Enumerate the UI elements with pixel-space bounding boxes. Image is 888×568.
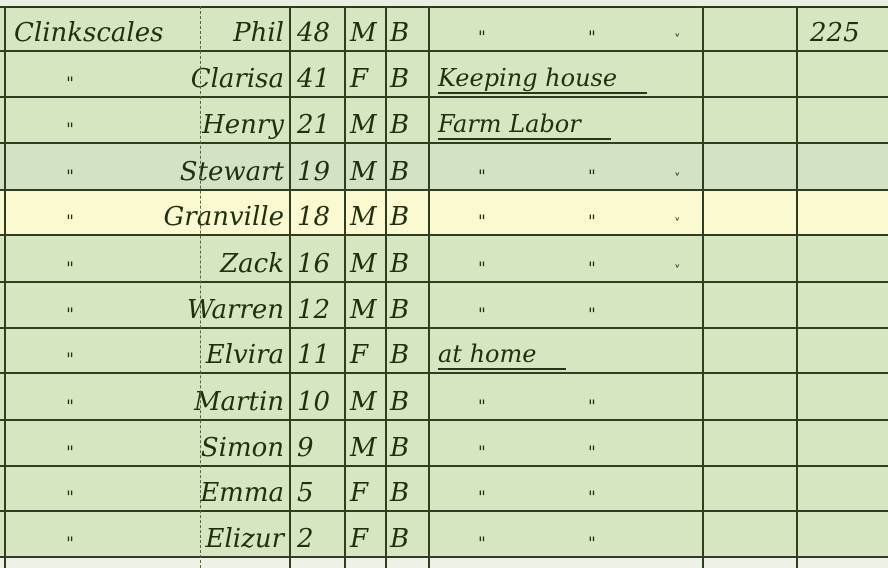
ditto-mark: " [438,488,588,508]
real-estate-value-cell [798,98,888,142]
check-mark-icon: ˅ [674,172,681,187]
ditto-mark: " [438,397,588,417]
ditto-mark: " [40,467,100,510]
age-cell: 16 [291,236,345,281]
sex-cell: M [346,421,385,465]
column-a-cell [704,191,796,234]
column-divider [344,6,346,568]
ditto-mark: " [438,305,588,325]
census-row[interactable]: " Elizur 2 F B " " [0,512,888,558]
occupation-cell: " " [430,467,702,510]
column-divider [385,6,387,568]
color-cell: B [386,329,428,372]
color-cell: B [386,191,428,234]
occupation-cell: " " ˅ [430,144,702,189]
column-a-cell [704,236,796,281]
sex-cell: F [346,467,385,510]
ditto-mark: " [40,236,100,281]
column-a-cell [704,512,796,556]
check-mark-icon: ˅ [674,264,681,279]
sex-cell: M [346,374,385,419]
sex-cell: F [346,329,385,372]
column-a-cell [704,144,796,189]
occupation-text: Farm Labor [438,110,611,140]
census-row[interactable]: " Zack 16 M B " " ˅ [0,236,888,283]
age-cell: 19 [291,144,345,189]
real-estate-value-cell [798,144,888,189]
age-cell: 11 [291,329,345,372]
occupation-cell: " " [430,512,702,556]
sex-cell: M [346,191,385,234]
real-estate-value-cell [798,329,888,372]
color-cell: B [386,98,428,142]
real-estate-value-cell: 225 [798,6,888,50]
sex-cell: M [346,283,385,327]
real-estate-value-cell [798,236,888,281]
real-estate-value-cell [798,52,888,96]
given-name-cell: Granville [100,191,288,234]
column-divider [702,6,704,568]
age-cell: 9 [291,421,345,465]
given-name-cell: Clarisa [100,52,288,96]
sex-cell: F [346,512,385,556]
given-name-cell: Zack [100,236,288,281]
check-mark-icon: ˅ [674,217,681,232]
color-cell: B [386,52,428,96]
census-sheet: Clinkscales Phil 48 M B " " ˅ 225 " Clar… [0,0,888,568]
age-cell: 18 [291,191,345,234]
ditto-mark: " [40,191,100,234]
column-divider [4,6,6,568]
census-row-highlighted[interactable]: " Granville 18 M B " " ˅ [0,191,888,236]
ditto-mark: " [40,144,100,189]
census-row[interactable]: " Stewart 19 M B " " ˅ [0,144,888,191]
sex-cell: M [346,98,385,142]
given-name-cell: Phil [100,6,288,50]
column-a-cell [704,374,796,419]
occupation-text: Keeping house [438,64,647,94]
age-cell: 41 [291,52,345,96]
ditto-mark: " [588,167,668,187]
ditto-mark: " [40,329,100,372]
real-estate-value-cell [798,283,888,327]
ditto-mark: " [588,305,668,325]
census-row[interactable]: " Martin 10 M B " " [0,374,888,421]
column-a-cell [704,283,796,327]
given-name-cell: Martin [100,374,288,419]
given-name-cell: Stewart [100,144,288,189]
ditto-mark: " [588,397,668,417]
given-name-cell: Elizur [100,512,288,556]
ditto-mark: " [438,28,588,48]
ditto-mark: " [40,283,100,327]
ditto-mark: " [40,421,100,465]
ditto-mark: " [438,212,588,232]
given-name-cell: Warren [100,283,288,327]
ditto-mark: " [588,534,668,554]
ditto-mark: " [588,259,668,279]
ditto-mark: " [438,259,588,279]
age-cell: 48 [291,6,345,50]
sex-cell: M [346,236,385,281]
census-row[interactable]: " Emma 5 F B " " [0,467,888,512]
age-cell: 12 [291,283,345,327]
census-row[interactable]: " Simon 9 M B " " [0,421,888,467]
occupation-cell: " " ˅ [430,191,702,234]
occupation-cell: " " ˅ [430,236,702,281]
ditto-mark: " [588,488,668,508]
real-estate-value-cell [798,191,888,234]
census-row[interactable]: " Henry 21 M B Farm Labor [0,98,888,144]
sex-cell: F [346,52,385,96]
color-cell: B [386,6,428,50]
color-cell: B [386,283,428,327]
ditto-mark: " [40,52,100,96]
occupation-text: at home [438,340,566,370]
column-a-cell [704,6,796,50]
sex-cell: M [346,144,385,189]
check-mark-icon: ˅ [674,33,681,48]
real-estate-value-cell [798,421,888,465]
census-row[interactable]: " Elvira 11 F B at home [0,329,888,374]
column-a-cell [704,52,796,96]
census-row[interactable]: Clinkscales Phil 48 M B " " ˅ 225 [0,6,888,52]
occupation-cell: " " [430,374,702,419]
occupation-cell: at home [430,329,702,372]
occupation-cell: Keeping house [430,52,702,96]
ditto-mark: " [438,534,588,554]
age-cell: 5 [291,467,345,510]
color-cell: B [386,467,428,510]
census-row[interactable]: " Clarisa 41 F B Keeping house [0,52,888,98]
column-a-cell [704,98,796,142]
occupation-cell: " " [430,283,702,327]
name-split-divider [200,6,201,568]
column-divider [428,6,430,568]
given-name-cell: Emma [100,467,288,510]
ditto-mark: " [40,98,100,142]
color-cell: B [386,144,428,189]
given-name-cell: Elvira [100,329,288,372]
ditto-mark: " [588,212,668,232]
occupation-cell: Farm Labor [430,98,702,142]
given-name-cell: Simon [100,421,288,465]
color-cell: B [386,421,428,465]
real-estate-value-cell [798,512,888,556]
sex-cell: M [346,6,385,50]
color-cell: B [386,236,428,281]
ditto-mark: " [438,167,588,187]
ditto-mark: " [588,28,668,48]
given-name-cell: Henry [100,98,288,142]
column-divider [289,6,291,568]
occupation-cell: " " ˅ [430,6,702,50]
color-cell: B [386,512,428,556]
column-a-cell [704,329,796,372]
census-row[interactable]: " Warren 12 M B " " [0,283,888,329]
column-a-cell [704,421,796,465]
ditto-mark: " [438,443,588,463]
age-cell: 2 [291,512,345,556]
age-cell: 21 [291,98,345,142]
ditto-mark: " [40,374,100,419]
ditto-mark: " [588,443,668,463]
real-estate-value-cell [798,374,888,419]
age-cell: 10 [291,374,345,419]
column-divider [796,6,798,568]
column-a-cell [704,467,796,510]
real-estate-value-cell [798,467,888,510]
occupation-cell: " " [430,421,702,465]
color-cell: B [386,374,428,419]
bottom-fragment [0,558,888,568]
ditto-mark: " [40,512,100,556]
